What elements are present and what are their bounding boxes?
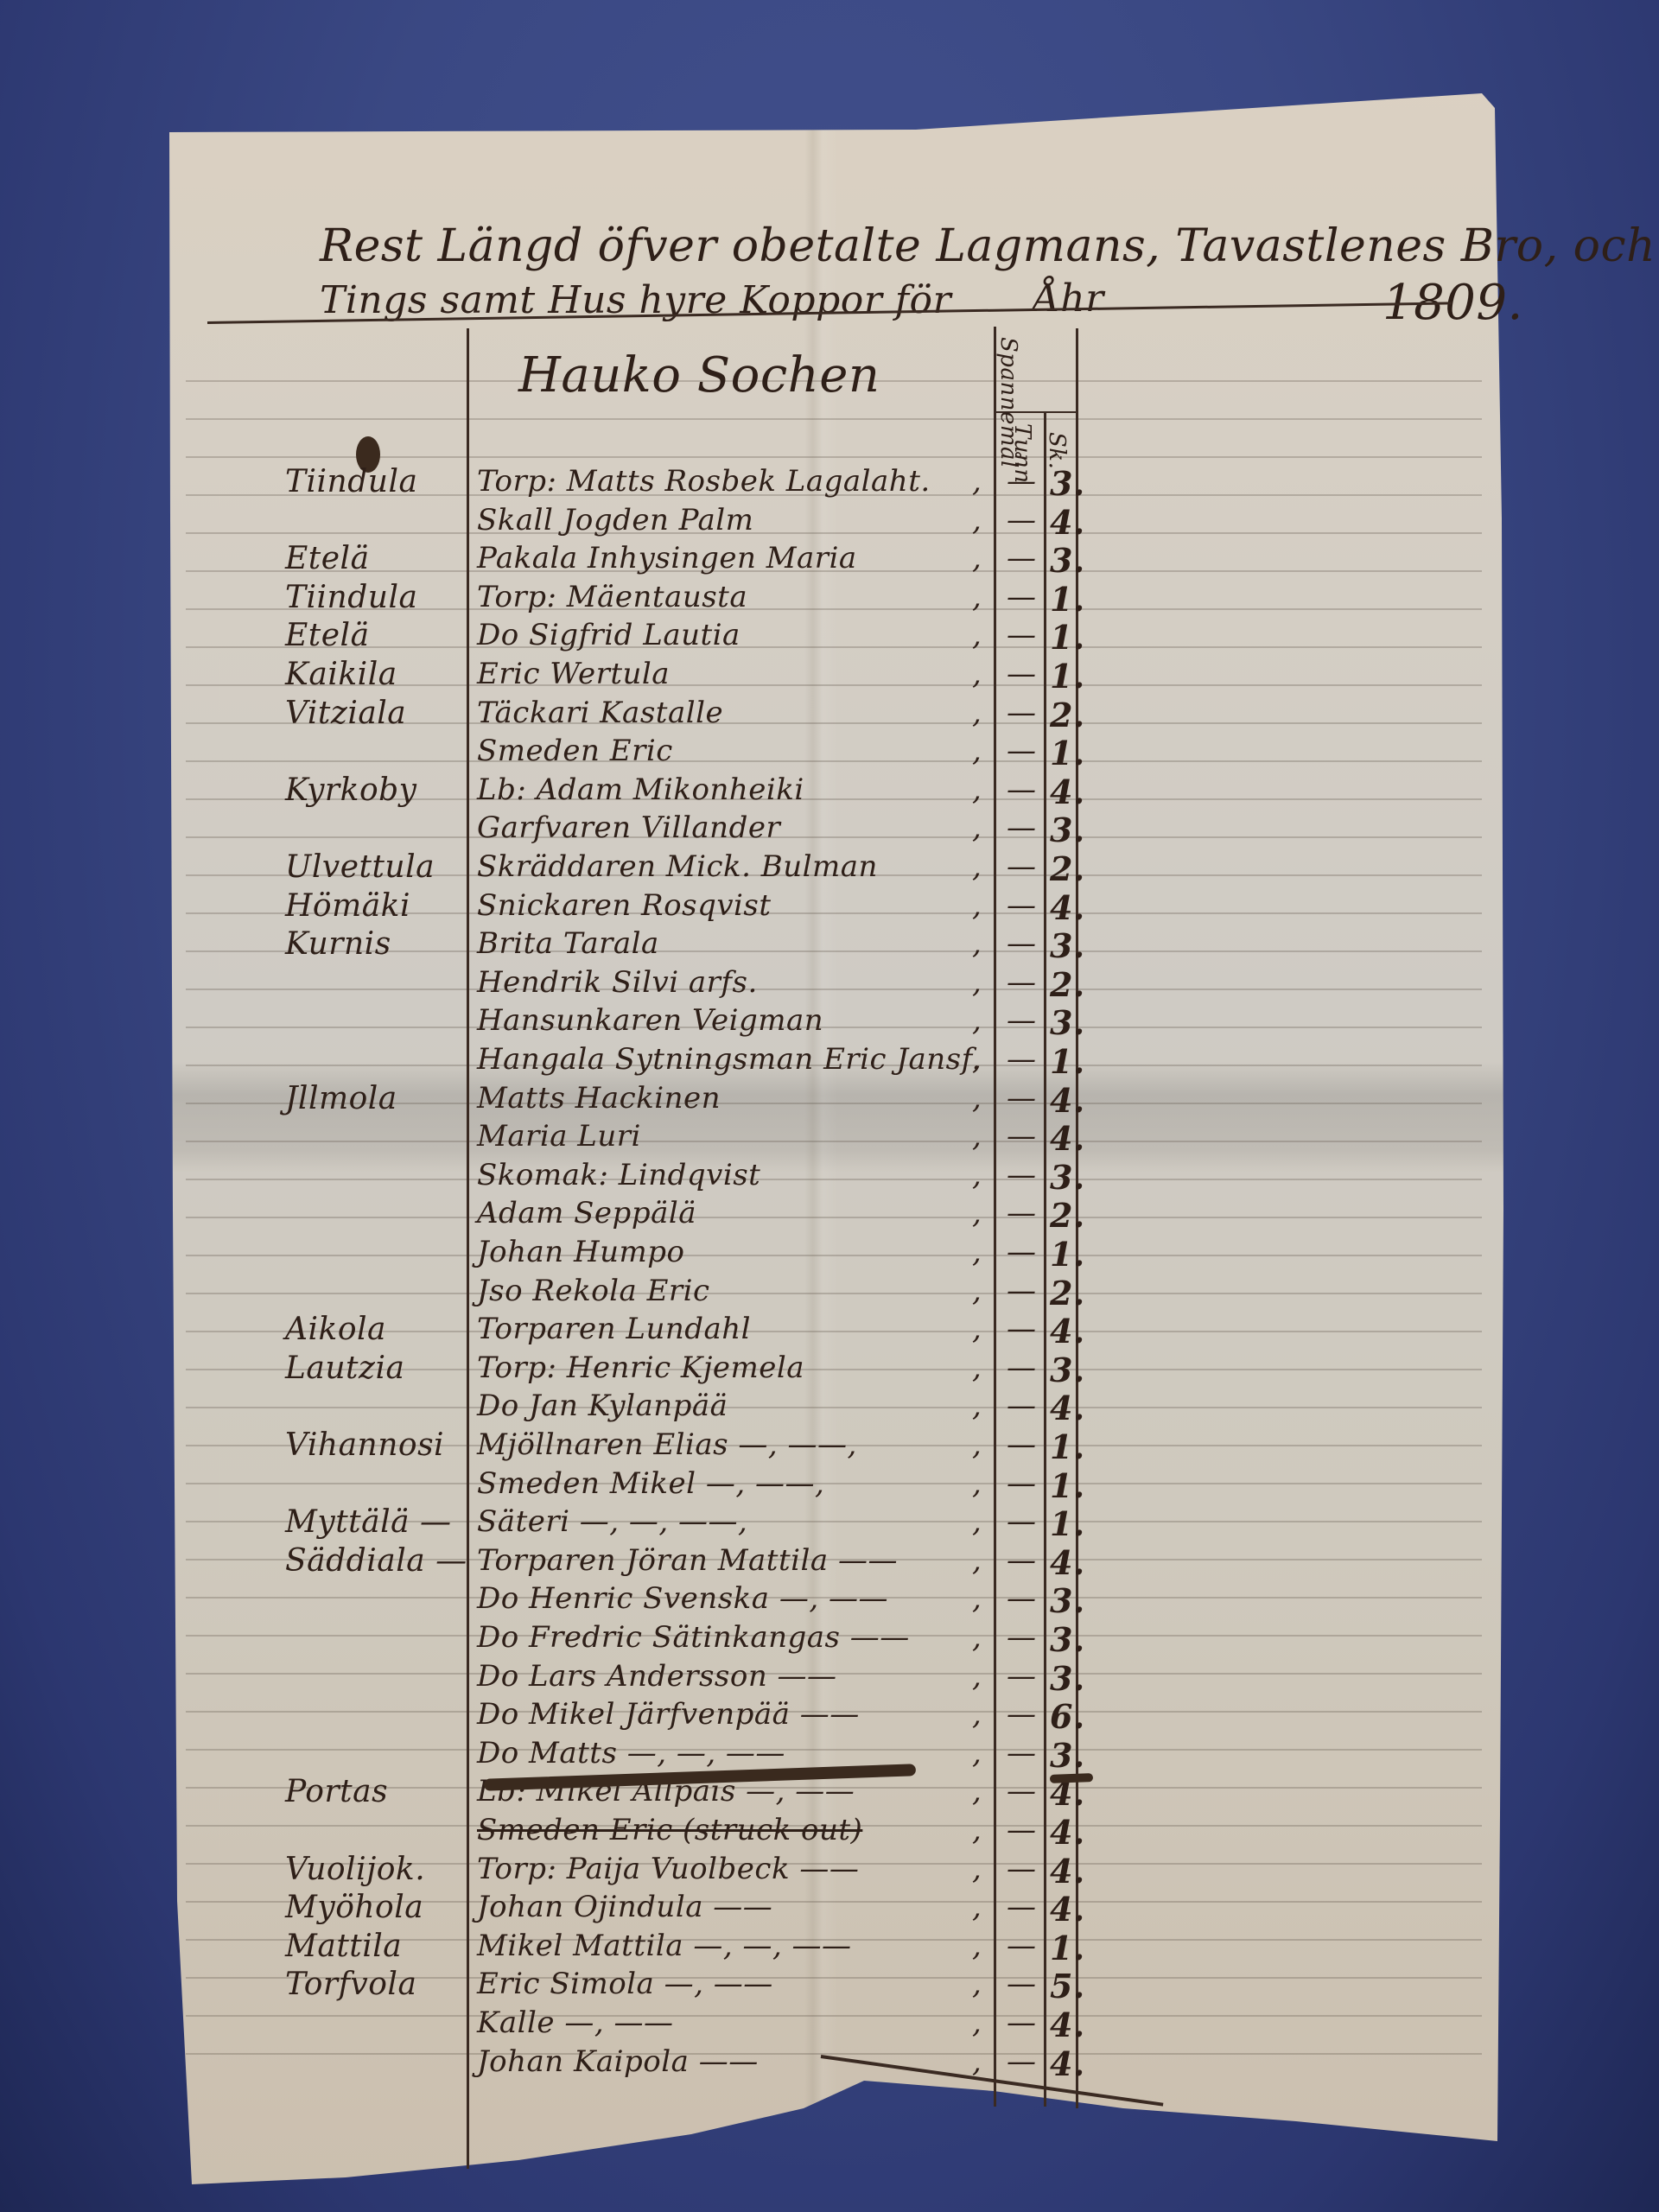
row-dash: — — [1007, 464, 1037, 499]
row-name: Garfvaren Villander — [477, 810, 780, 845]
row-tunna-mark: , — [972, 849, 982, 884]
row-amount: 4. — [1050, 1813, 1085, 1852]
row-dash: — — [1007, 1042, 1037, 1077]
row-dash: — — [1007, 541, 1037, 575]
row-tunna-mark: , — [972, 888, 982, 923]
row-amount: 3. — [1050, 1581, 1085, 1620]
row-tunna-mark: , — [972, 1659, 982, 1694]
row-place: Säddiala — — [285, 1543, 467, 1579]
row-tunna-mark: , — [972, 1119, 982, 1154]
row-name: Brita Tarala — [477, 926, 659, 961]
row-place: Vuolijok. — [285, 1852, 425, 1887]
row-amount: 4. — [1050, 503, 1085, 542]
row-dash: — — [1007, 618, 1037, 652]
row-tunna-mark: , — [972, 580, 982, 614]
row-name: Smeden Mikel —, ——, — [477, 1466, 824, 1501]
row-dash: — — [1007, 1967, 1037, 2001]
row-amount: 1. — [1050, 618, 1085, 657]
row-tunna-mark: , — [972, 1697, 982, 1732]
ruled-line — [186, 1483, 1482, 1484]
row-tunna-mark: , — [972, 926, 982, 961]
row-name: Do Jan Kylanpää — [477, 1389, 728, 1423]
row-name: Mjöllnaren Elias —, ——, — [477, 1427, 857, 1462]
row-tunna-mark: , — [972, 1852, 982, 1886]
row-place: Kyrkoby — [285, 772, 417, 808]
ruled-line — [186, 1217, 1482, 1218]
row-dash: — — [1007, 849, 1037, 884]
row-name: Matts Hackinen — [477, 1081, 721, 1116]
column-divider-name-tunna — [994, 327, 996, 2107]
row-tunna-mark: , — [972, 1504, 982, 1539]
ruled-line — [186, 760, 1482, 762]
row-amount: 4. — [1050, 1312, 1085, 1351]
column-divider-place-name — [467, 328, 469, 2169]
row-tunna-mark: , — [972, 1158, 982, 1192]
row-amount: 4. — [1050, 1890, 1085, 1929]
row-place: Etelä — [285, 541, 370, 576]
row-name: Skall Jogden Palm — [477, 503, 753, 537]
row-amount: 4. — [1050, 1081, 1085, 1120]
row-amount: 2. — [1050, 1196, 1085, 1235]
row-dash: — — [1007, 1813, 1037, 1847]
row-tunna-mark: , — [972, 1620, 982, 1655]
row-name: Säteri —, —, ——, — [477, 1504, 747, 1539]
row-dash: — — [1007, 1003, 1037, 1038]
row-tunna-mark: , — [972, 1081, 982, 1116]
row-dash: — — [1007, 734, 1037, 768]
row-amount: 1. — [1050, 580, 1085, 619]
row-tunna-mark: , — [972, 2005, 982, 2040]
column-divider-tunna-skeppund — [1044, 413, 1046, 2107]
row-name: Do Henric Svenska —, —— — [477, 1581, 888, 1616]
row-name: Eric Wertula — [477, 657, 670, 691]
row-name: Johan Ojindula —— — [477, 1890, 772, 1924]
row-name: Smeden Eric (struck out) — [477, 1813, 862, 1847]
row-dash: — — [1007, 1543, 1037, 1578]
document-title-ar: Åhr — [1033, 276, 1104, 321]
row-tunna-mark: , — [972, 1235, 982, 1269]
row-dash: — — [1007, 1736, 1037, 1770]
row-name: Do Matts —, —, —— — [477, 1736, 785, 1770]
row-tunna-mark: , — [972, 503, 982, 537]
row-amount: 1. — [1050, 1929, 1085, 1967]
row-amount: 4. — [1050, 1119, 1085, 1158]
row-dash: — — [1007, 1929, 1037, 1963]
row-place: Mattila — [285, 1929, 402, 1964]
row-place: Lautzia — [285, 1351, 404, 1386]
row-tunna-mark: , — [972, 696, 982, 730]
row-amount: 3. — [1050, 1158, 1085, 1197]
row-dash: — — [1007, 2005, 1037, 2040]
ruled-line — [186, 1027, 1482, 1028]
row-tunna-mark: , — [972, 1890, 982, 1924]
row-tunna-mark: , — [972, 1196, 982, 1230]
row-name: Do Sigfrid Lautia — [477, 618, 741, 652]
row-dash: — — [1007, 580, 1037, 614]
row-name: Lb: Adam Mikonheiki — [477, 772, 804, 807]
row-dash: — — [1007, 1389, 1037, 1423]
row-dash: — — [1007, 2044, 1037, 2079]
row-name: Hansunkaren Veigman — [477, 1003, 823, 1038]
row-tunna-mark: , — [972, 1427, 982, 1462]
row-place: Etelä — [285, 618, 370, 653]
row-tunna-mark: , — [972, 1351, 982, 1385]
row-amount: 1. — [1050, 657, 1085, 696]
row-dash: — — [1007, 1697, 1037, 1732]
row-amount: 4. — [1050, 1543, 1085, 1582]
row-name: Mikel Mattila —, —, —— — [477, 1929, 852, 1963]
row-name: Torp: Matts Rosbek Lagalaht. — [477, 464, 931, 499]
ruled-line — [186, 836, 1482, 838]
row-tunna-mark: , — [972, 1389, 982, 1423]
row-tunna-mark: , — [972, 810, 982, 845]
row-dash: — — [1007, 503, 1037, 537]
row-place: Kurnis — [285, 926, 391, 962]
ruled-line — [186, 2015, 1482, 2017]
row-amount: 2. — [1050, 965, 1085, 1004]
row-amount: 4. — [1050, 1852, 1085, 1891]
row-amount: 1. — [1050, 1235, 1085, 1274]
ruled-line — [186, 456, 1482, 458]
row-amount: 3. — [1050, 1620, 1085, 1659]
row-tunna-mark: , — [972, 464, 982, 499]
row-amount: 3. — [1050, 1003, 1085, 1042]
row-tunna-mark: , — [972, 1274, 982, 1308]
row-place: Vitziala — [285, 696, 406, 731]
row-tunna-mark: , — [972, 1736, 982, 1770]
row-tunna-mark: , — [972, 1466, 982, 1501]
row-tunna-mark: , — [972, 1813, 982, 1847]
row-dash: — — [1007, 1659, 1037, 1694]
row-dash: — — [1007, 1581, 1037, 1616]
document-title-line1: Rest Längd öfver obetalte Lagmans, Tavas… — [320, 220, 1659, 272]
row-amount: 3. — [1050, 1736, 1085, 1775]
ruled-line — [186, 1141, 1482, 1142]
row-amount: 2. — [1050, 696, 1085, 734]
row-amount: 4. — [1050, 1389, 1085, 1427]
row-dash: — — [1007, 1774, 1037, 1808]
row-dash: — — [1007, 1351, 1037, 1385]
row-name: Hangala Sytningsman Eric Jansf. — [477, 1042, 982, 1077]
row-tunna-mark: , — [972, 965, 982, 1000]
row-amount: 1. — [1050, 1042, 1085, 1081]
row-dash: — — [1007, 696, 1037, 730]
row-tunna-mark: , — [972, 541, 982, 575]
row-name: Torparen Jöran Mattila —— — [477, 1543, 898, 1578]
strikethrough-amount — [1050, 1773, 1093, 1783]
row-name: Adam Seppälä — [477, 1196, 696, 1230]
row-name: Johan Kaipola —— — [477, 2044, 759, 2079]
row-amount: 3. — [1050, 1659, 1085, 1698]
row-name: Johan Humpo — [477, 1235, 685, 1269]
row-dash: — — [1007, 1274, 1037, 1308]
row-tunna-mark: , — [972, 618, 982, 652]
ruled-line — [186, 1407, 1482, 1408]
ruled-line — [186, 1179, 1482, 1180]
row-amount: 3. — [1050, 810, 1085, 849]
row-dash: — — [1007, 1890, 1037, 1924]
row-name: Do Mikel Järfvenpää —— — [477, 1697, 860, 1732]
row-amount: 3. — [1050, 464, 1085, 503]
row-place: Kaikila — [285, 657, 397, 692]
row-amount: 1. — [1050, 734, 1085, 772]
row-dash: — — [1007, 1312, 1037, 1346]
row-dash: — — [1007, 810, 1037, 845]
row-place: Torfvola — [285, 1967, 416, 2002]
row-amount: 4. — [1050, 2005, 1085, 2044]
ruled-line — [186, 988, 1482, 990]
ruled-line — [186, 646, 1482, 648]
row-amount: 4. — [1050, 772, 1085, 811]
row-amount: 1. — [1050, 1427, 1085, 1466]
row-tunna-mark: , — [972, 1003, 982, 1038]
row-name: Maria Luri — [477, 1119, 641, 1154]
row-dash: — — [1007, 657, 1037, 691]
row-dash: — — [1007, 1158, 1037, 1192]
ruled-line — [186, 1749, 1482, 1751]
row-dash: — — [1007, 1081, 1037, 1116]
row-place: Myttälä — — [285, 1504, 452, 1540]
row-name: Smeden Eric — [477, 734, 673, 768]
row-tunna-mark: , — [972, 2044, 982, 2079]
row-dash: — — [1007, 1504, 1037, 1539]
row-place: Jllmola — [285, 1081, 397, 1116]
row-dash: — — [1007, 1235, 1037, 1269]
ruled-line — [186, 1293, 1482, 1294]
row-amount: 4. — [1050, 888, 1085, 927]
row-dash: — — [1007, 772, 1037, 807]
row-name: Pakala Inhysingen Maria — [477, 541, 857, 575]
row-place: Portas — [285, 1774, 388, 1809]
row-name: Hendrik Silvi arfs. — [477, 965, 758, 1000]
row-place: Aikola — [285, 1312, 386, 1347]
row-amount: 1. — [1050, 1504, 1085, 1543]
row-amount: 5. — [1050, 1967, 1085, 2005]
row-name: Do Lars Andersson —— — [477, 1659, 837, 1694]
row-amount: 3. — [1050, 541, 1085, 580]
row-dash: — — [1007, 888, 1037, 923]
row-dash: — — [1007, 1196, 1037, 1230]
row-amount: 4. — [1050, 2044, 1085, 2083]
row-amount: 1. — [1050, 1466, 1085, 1505]
row-dash: — — [1007, 1119, 1037, 1154]
row-name: Torparen Lundahl — [477, 1312, 751, 1346]
row-tunna-mark: , — [972, 1967, 982, 2001]
row-name: Kalle —, —— — [477, 2005, 673, 2040]
row-dash: — — [1007, 1466, 1037, 1501]
row-tunna-mark: , — [972, 657, 982, 691]
row-tunna-mark: , — [972, 1312, 982, 1346]
row-dash: — — [1007, 1427, 1037, 1462]
row-dash: — — [1007, 926, 1037, 961]
row-name: Torp: Mäentausta — [477, 580, 747, 614]
ruled-line — [186, 1255, 1482, 1256]
row-amount: 2. — [1050, 849, 1085, 888]
row-tunna-mark: , — [972, 1774, 982, 1808]
row-tunna-mark: , — [972, 1929, 982, 1963]
row-place: Ulvettula — [285, 849, 435, 885]
ruled-line — [186, 532, 1482, 534]
row-place: Myöhola — [285, 1890, 423, 1925]
row-amount: 2. — [1050, 1274, 1085, 1313]
row-place: Tiindula — [285, 580, 417, 615]
row-place: Tiindula — [285, 464, 417, 499]
parish-heading: Hauko Sochen — [518, 347, 880, 404]
row-tunna-mark: , — [972, 734, 982, 768]
row-amount: 3. — [1050, 926, 1085, 965]
row-name: Eric Simola —, —— — [477, 1967, 773, 2001]
row-tunna-mark: , — [972, 1543, 982, 1578]
ruled-line — [186, 418, 1482, 420]
row-name: Torp: Paija Vuolbeck —— — [477, 1852, 859, 1886]
row-name: Skräddaren Mick. Bulman — [477, 849, 878, 884]
row-tunna-mark: , — [972, 1042, 982, 1077]
row-dash: — — [1007, 1620, 1037, 1655]
row-dash: — — [1007, 965, 1037, 1000]
row-name: Skomak: Lindqvist — [477, 1158, 760, 1192]
row-tunna-mark: , — [972, 772, 982, 807]
row-tunna-mark: , — [972, 1581, 982, 1616]
row-place: Hömäki — [285, 888, 410, 924]
row-name: Snickaren Rosqvist — [477, 888, 772, 923]
row-amount: 6. — [1050, 1697, 1085, 1736]
row-place: Vihannosi — [285, 1427, 444, 1463]
row-name: Jso Rekola Eric — [477, 1274, 710, 1308]
row-amount: 3. — [1050, 1351, 1085, 1389]
row-name: Torp: Henric Kjemela — [477, 1351, 804, 1385]
ruled-line — [186, 2053, 1482, 2055]
row-name: Täckari Kastalle — [477, 696, 723, 730]
row-dash: — — [1007, 1852, 1037, 1886]
row-name: Do Fredric Sätinkangas —— — [477, 1620, 910, 1655]
